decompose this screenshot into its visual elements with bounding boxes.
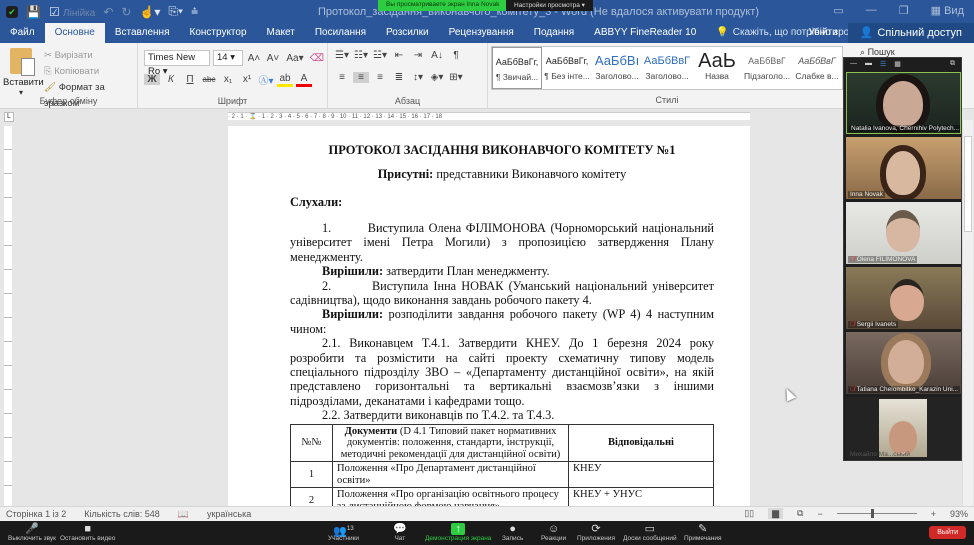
apps-button[interactable]: ⟳Приложения [577, 523, 615, 542]
notes-label: Примечания [684, 535, 722, 542]
redo-icon[interactable]: ↻ [121, 5, 131, 19]
shrink-font-icon[interactable]: A˅ [265, 53, 281, 64]
meeting-toolbar: 🎤Выключить звук ■Остановить видео 👥13Уча… [0, 521, 974, 545]
find-label: Пошук [868, 47, 895, 57]
row-resp: КНЕУ + УНУС [569, 488, 714, 506]
row-doc: Положення «Про організацію освітнього пр… [333, 488, 569, 506]
paragraph-group-label: Абзац [328, 96, 487, 106]
proofing-icon[interactable]: 📖 [178, 509, 189, 520]
video-label: Остановить видео [60, 535, 115, 542]
person-add-icon: 👤 [860, 23, 874, 43]
text-effects-icon[interactable]: Ⓐ▾ [258, 72, 274, 87]
participant-tile[interactable]: 🎙̸ Sergii Ivanets [846, 267, 961, 329]
style-preview: АаБбВвГ [792, 51, 842, 71]
apps-label: Приложения [577, 535, 615, 542]
style-preview: АаБбВвГг, [493, 52, 541, 72]
print-layout-icon[interactable]: ▆ [768, 508, 783, 519]
style-subtle-emphasis[interactable]: АаБбВвГСлабке в... [792, 47, 842, 89]
participant-name: Natalia Ivanova, Chernihiv Polytech... [849, 125, 961, 132]
style-heading2[interactable]: АаБбВвГЗаголово... [642, 47, 692, 89]
share-label: Спільний доступ [877, 23, 962, 43]
participants-label: Участники [328, 535, 359, 542]
language[interactable]: українська [207, 509, 251, 520]
save-icon[interactable]: 💾 [26, 5, 41, 19]
tab-selector[interactable]: L [4, 112, 14, 122]
read-mode-icon[interactable]: ▯▯ [744, 508, 754, 519]
table-row: 1 Положення «Про Департамент дистанційно… [291, 462, 714, 488]
paste-label: Вставити [3, 77, 39, 88]
align-right-icon[interactable]: ≡ [372, 72, 388, 83]
grow-font-icon[interactable]: A˄ [246, 53, 262, 64]
sort-icon[interactable]: A↓ [429, 50, 445, 61]
font-color-icon[interactable]: A [296, 73, 312, 87]
tab-review[interactable]: Рецензування [439, 23, 524, 43]
participant-name: 🎙̸ Tatiana Chelombitko_Karazin Uni... [848, 386, 960, 393]
align-center-icon[interactable]: ≡ [353, 72, 369, 83]
line-spacing-icon[interactable]: ↕▾ [410, 72, 426, 83]
zoom-slider-thumb[interactable] [871, 509, 874, 518]
expand-icon[interactable]: ⧉ [950, 60, 955, 68]
style-preview: АаБбВвГг, [542, 51, 592, 71]
styles-gallery: АаБбВвГг,¶ Звичай... АаБбВвГг,¶ Без інте… [491, 46, 843, 90]
customize-qa-icon[interactable]: ⩮ [191, 4, 198, 19]
leave-meeting-button[interactable]: Выйти [929, 526, 966, 539]
paragraph-group: ☰▾ ☷▾ ☳▾ ⇤ ⇥ A↓ ¶ ≡ ≡ ≡ ≣ ↕▾ ◈▾ ⊞▾ Абзац [328, 43, 488, 109]
participant-gallery: — ▬ ☰ ▦ ⧉ Natalia Ivanova, Chernihiv Pol… [843, 57, 962, 461]
quick-access-toolbar: ✔ 💾 ☑ Лінійка ↶ ↻ ☝▾ ⎘▾ ⩮ [6, 4, 198, 19]
stop-video-button[interactable]: ■Остановить видео [60, 523, 115, 542]
highlight-icon[interactable]: ab [277, 73, 293, 87]
apps-icon: ⟳ [577, 523, 615, 535]
style-name: Слабке в... [792, 71, 842, 81]
shading-icon[interactable]: ◈▾ [429, 72, 445, 83]
reactions-button[interactable]: ☺Реакции [541, 523, 566, 542]
row-resp: КНЕУ [569, 462, 714, 488]
font-size-select[interactable]: 14 ▾ [213, 50, 243, 66]
share-screen-icon: ↑ [451, 523, 465, 535]
participant-name-text: Sergii Ivanets [857, 321, 896, 328]
col-responsible-header: Відповідальні [569, 424, 714, 462]
docs-header-bold: Документи [345, 426, 398, 437]
copy-label: Копіювати [54, 66, 99, 77]
vertical-scrollbar[interactable] [962, 120, 973, 506]
style-no-spacing[interactable]: АаБбВвГг,¶ Без інте... [542, 47, 592, 89]
scrollbar-thumb[interactable] [964, 136, 972, 232]
record-button[interactable]: ●Запись [502, 523, 523, 542]
item-1: 1. Виступила Олена ФІЛІМОНОВА (Чорноморс… [290, 221, 714, 264]
participant-video [886, 210, 920, 252]
participant-name-text: Tatiana Chelombitko_Karazin Uni... [857, 386, 959, 393]
brush-icon: 🖌 [44, 82, 56, 93]
tab-view[interactable]: Подання [524, 23, 584, 43]
style-name: ¶ Без інте... [542, 71, 592, 81]
style-title[interactable]: АаЬНазва [692, 47, 742, 89]
cut-button[interactable]: ✂ Вирізати [44, 48, 137, 64]
pilcrow-icon[interactable]: ¶ [448, 50, 464, 61]
paste-icon [10, 48, 32, 74]
participant-video [883, 81, 923, 127]
notes-button[interactable]: ✎Примечания [684, 523, 722, 542]
participant-tile[interactable]: Inna Novak [846, 137, 961, 199]
participant-name: 🎙̸ Olena FILIMONOVA [848, 256, 917, 263]
document-page[interactable]: ПРОТОКОЛ ЗАСІДАННЯ ВИКОНАВЧОГО КОМІТЕТУ … [228, 126, 750, 506]
grid-view-icon[interactable]: ▦ [894, 60, 901, 68]
whiteboards-label: Доски сообщений [623, 535, 677, 542]
present-line: Присутні: представники Виконавчого коміт… [290, 167, 714, 182]
reactions-label: Реакции [541, 535, 566, 542]
single-view-icon[interactable]: ▬ [865, 60, 872, 68]
style-name: Підзаголо... [742, 71, 792, 81]
style-preview: АаЬ [692, 51, 742, 71]
present-text: представники Виконавчого комітету [433, 167, 626, 181]
minimize-icon[interactable]: — [866, 4, 877, 17]
share-button[interactable]: 👤Спільний доступ [848, 23, 974, 43]
participant-name-text: Natalia Ivanova, Chernihiv Polytech... [851, 125, 959, 132]
horizontal-ruler[interactable]: · 2 · 1 · ⌛ · 1 · 2 · 3 · 4 · 5 · 6 · 7 … [228, 112, 750, 120]
ribbon-display-icon[interactable]: ▭ [833, 4, 843, 17]
tab-file[interactable]: Файл [0, 23, 45, 43]
strip-view-icon[interactable]: ☰ [880, 60, 886, 68]
row-num: 2 [291, 488, 333, 506]
clipboard-group-label: Буфер обміну [0, 96, 137, 106]
style-normal[interactable]: АаБбВвГг,¶ Звичай... [492, 47, 542, 89]
participant-name-text: Olena FILIMONOVA [857, 256, 916, 263]
vertical-ruler[interactable] [4, 126, 12, 506]
bold-button[interactable]: Ж [144, 74, 160, 85]
zoom-out-button[interactable]: − [817, 509, 822, 519]
touch-mode-icon[interactable]: ☝▾ [139, 5, 160, 19]
participant-name-text: Inna Novak [850, 191, 883, 198]
screen-share-banner: Вы просматриваете экран Inna Novak [378, 0, 507, 11]
tab-insert[interactable]: Вставлення [105, 23, 180, 43]
search-icon: ⌕ [860, 47, 865, 57]
zoom-view-button[interactable]: ▦ Вид [931, 4, 964, 17]
styles-group-label: Стилі [491, 95, 843, 105]
item-2: 2. Виступила Інна НОВАК (Уманський націо… [290, 279, 714, 308]
tab-layout[interactable]: Макет [257, 23, 305, 43]
subscript-button[interactable]: x₁ [220, 74, 236, 85]
decrease-indent-icon[interactable]: ⇤ [391, 50, 407, 61]
row-num: 1 [291, 462, 333, 488]
clipboard-group: Вставити ▾ ✂ Вирізати ⎘ Копіювати 🖌 Форм… [0, 43, 138, 109]
zoom-level[interactable]: 93% [950, 509, 968, 519]
participant-name: Inna Novak [848, 191, 885, 198]
font-group: Times New Ro ▾ 14 ▾ A˄ A˅ Aa▾ ⌫ Ж К П ab… [138, 43, 328, 109]
participant-video [888, 340, 924, 384]
ruler-checkbox[interactable]: ☑ Лінійка [49, 5, 95, 19]
restore-icon[interactable]: ❐ [899, 4, 909, 17]
participant-name: 🎙̸ Sergii Ivanets [848, 321, 898, 328]
clear-formatting-icon[interactable]: ⌫ [309, 53, 325, 64]
record-icon: ● [502, 523, 523, 535]
item-2-1: 2.1. Виконавцем Т.4.1. Затвердити КНЕУ. … [290, 336, 714, 408]
minimize-gallery-icon[interactable]: — [850, 60, 857, 68]
video-camera-icon: ■ [60, 523, 115, 535]
ribbon-home: Вставити ▾ ✂ Вирізати ⎘ Копіювати 🖌 Форм… [0, 43, 974, 109]
style-heading1[interactable]: АаБбВıЗаголово... [592, 47, 642, 89]
tab-references[interactable]: Посилання [305, 23, 376, 43]
numbering-icon[interactable]: ☷▾ [353, 50, 369, 61]
zoom-slider[interactable] [837, 513, 917, 514]
font-group-label: Шрифт [138, 96, 327, 106]
participant-video [886, 151, 920, 195]
chevron-down-icon: ▾ [582, 2, 585, 9]
decision-2: Вирішили: розподілити завдання робочого … [290, 307, 714, 336]
shield-icon: ✔ [6, 6, 18, 18]
tab-design[interactable]: Конструктор [180, 23, 257, 43]
document-heading: ПРОТОКОЛ ЗАСІДАННЯ ВИКОНАВЧОГО КОМІТЕТУ … [290, 143, 714, 158]
participant-tile[interactable]: Natalia Ivanova, Chernihiv Polytech... [846, 72, 961, 134]
increase-indent-icon[interactable]: ⇥ [410, 50, 426, 61]
row-doc: Положення «Про Департамент дистанційної … [333, 462, 569, 488]
whiteboards-button[interactable]: ▭Доски сообщений [623, 523, 677, 542]
chat-label: Чат [393, 535, 407, 542]
ribbon-tabs: Файл Основне Вставлення Конструктор Маке… [0, 23, 974, 43]
mute-button[interactable]: 🎤Выключить звук [8, 523, 56, 542]
col-docs-header: Документи (D 4.1 Типовий пакет нормативн… [333, 424, 569, 462]
share-screen-button[interactable]: ↑Демонстрация экрана [425, 523, 491, 542]
gallery-toolbar: — ▬ ☰ ▦ ⧉ [844, 58, 961, 70]
borders-icon[interactable]: ⊞▾ [448, 72, 464, 83]
muted-mic-icon: 🎙̸ [850, 321, 855, 328]
style-preview: АаБбВвГ [642, 51, 692, 71]
web-layout-icon[interactable]: ⧉ [797, 508, 803, 519]
participant-video [890, 279, 924, 321]
muted-mic-icon: 🎙̸ [850, 256, 855, 263]
item-2-2: 2.2. Затвердити виконавців по Т.4.2. та … [290, 408, 714, 422]
superscript-button[interactable]: x¹ [239, 74, 255, 85]
word-count[interactable]: Кількість слів: 548 [84, 509, 159, 520]
chat-icon: 💬 [393, 523, 407, 535]
font-name-select[interactable]: Times New Ro ▾ [144, 50, 210, 66]
tab-mailings[interactable]: Розсилки [376, 23, 439, 43]
window-controls: ▭ — ❐ ▦ Вид [833, 4, 964, 17]
decided-label: Вирішили: [322, 307, 383, 321]
microphone-icon: 🎤 [8, 523, 56, 535]
share-screen-label: Демонстрация экрана [425, 535, 491, 542]
page-count[interactable]: Сторінка 1 із 2 [6, 509, 66, 520]
chat-button[interactable]: 💬Чат [393, 523, 407, 542]
font-size-value: 14 [217, 52, 228, 63]
style-preview: АаБбВı [592, 51, 642, 71]
view-options-button[interactable]: Настройки просмотра ▾ [506, 0, 593, 11]
chevron-down-icon[interactable]: ⌄ [900, 447, 907, 456]
change-case-button[interactable]: Aa▾ [284, 53, 306, 64]
tab-home[interactable]: Основне [45, 23, 105, 43]
justify-icon[interactable]: ≣ [391, 72, 407, 83]
zoom-in-button[interactable]: + [931, 509, 936, 519]
cut-label: Вирізати [55, 50, 93, 61]
copy-button[interactable]: ⎘ Копіювати [44, 64, 137, 80]
participant-tile[interactable]: 🎙̸ Tatiana Chelombitko_Karazin Uni... [846, 332, 961, 394]
undo-icon[interactable]: ↶ [103, 5, 113, 19]
decided-label: Вирішили: [322, 264, 383, 278]
mouse-cursor-icon [782, 386, 796, 401]
change-case-label: Aa [286, 53, 298, 64]
record-label: Запись [502, 535, 523, 542]
assignments-table: №№ Документи (D 4.1 Типовий пакет нормат… [290, 424, 714, 506]
style-name: Назва [692, 71, 742, 81]
bullets-icon[interactable]: ☰▾ [334, 50, 350, 61]
table-header-row: №№ Документи (D 4.1 Типовий пакет нормат… [291, 424, 714, 462]
participants-count: 13 [347, 526, 354, 532]
paste-button[interactable]: Вставити ▾ [3, 48, 39, 97]
style-name: Заголово... [592, 71, 642, 81]
sign-in-link[interactable]: Увійти [799, 23, 848, 43]
reactions-icon: ☺ [541, 523, 566, 535]
muted-mic-icon: 🎙̸ [850, 386, 855, 393]
clipboard-icon[interactable]: ⎘▾ [168, 4, 183, 19]
multilevel-list-icon[interactable]: ☳▾ [372, 50, 388, 61]
present-label: Присутні: [378, 167, 434, 181]
italic-button[interactable]: К [163, 74, 179, 85]
tab-abbyy[interactable]: ABBYY FineReader 10 [584, 23, 706, 43]
underline-button[interactable]: П [182, 74, 198, 85]
style-name: Заголово... [642, 71, 692, 81]
mute-label: Выключить звук [8, 535, 56, 542]
heard-heading: Слухали: [290, 195, 714, 210]
participants-button[interactable]: 👥13Участники [328, 523, 359, 542]
lightbulb-icon: 💡 [716, 23, 728, 43]
whiteboard-icon: ▭ [623, 523, 677, 535]
decided-text: затвердити План менеджменту. [383, 264, 550, 278]
style-subtitle[interactable]: АаБбВвГПідзаголо... [742, 47, 792, 89]
align-left-icon[interactable]: ≡ [334, 72, 350, 83]
participant-tile[interactable]: 🎙̸ Olena FILIMONOVA [846, 202, 961, 264]
decision-1: Вирішили: затвердити План менеджменту. [290, 264, 714, 278]
table-row: 2 Положення «Про організацію освітнього … [291, 488, 714, 506]
strikethrough-button[interactable]: abc [201, 75, 217, 84]
notes-icon: ✎ [684, 523, 722, 535]
view-options-label: Настройки просмотра [514, 2, 580, 9]
style-name: ¶ Звичай... [493, 72, 541, 82]
col-num-header: №№ [291, 424, 333, 462]
status-bar: Сторінка 1 із 2 Кількість слів: 548 📖 ук… [0, 506, 974, 521]
style-preview: АаБбВвГ [742, 51, 792, 71]
